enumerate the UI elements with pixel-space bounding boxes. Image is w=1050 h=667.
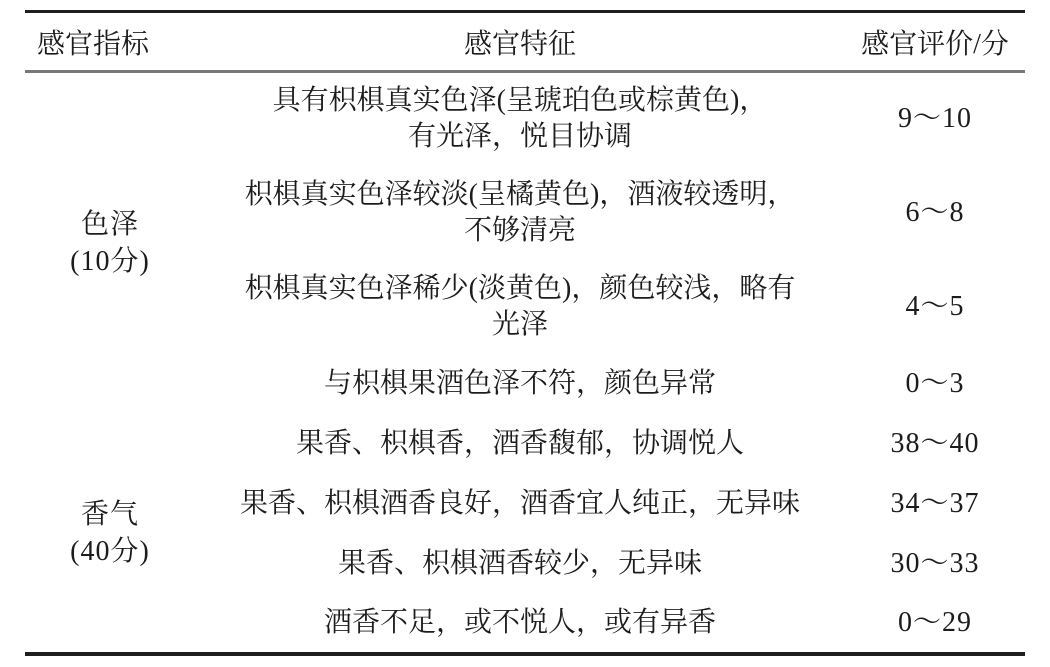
feature-cell: 果香、枳椇酒香良好，酒香宜人纯正，无异味 <box>195 474 845 534</box>
score-cell: 4～5 <box>845 260 1025 354</box>
score-cell: 9～10 <box>845 72 1025 166</box>
feature-cell: 具有枳椇真实色泽(呈琥珀色或棕黄色)， 有光泽，悦目协调 <box>195 72 845 166</box>
sensory-evaluation-table: 感官指标 感官特征 感官评价/分 色泽 (10分)具有枳椇真实色泽(呈琥珀色或棕… <box>25 10 1025 656</box>
feature-cell: 果香、枳椇香，酒香馥郁，协调悦人 <box>195 414 845 474</box>
score-cell: 6～8 <box>845 166 1025 260</box>
score-cell: 38～40 <box>845 414 1025 474</box>
feature-cell: 果香、枳椇酒香较少，无异味 <box>195 534 845 594</box>
indicator-cell: 色泽 (10分) <box>25 72 195 414</box>
table-row: 色泽 (10分)具有枳椇真实色泽(呈琥珀色或棕黄色)， 有光泽，悦目协调9～10 <box>25 72 1025 166</box>
page: 感官指标 感官特征 感官评价/分 色泽 (10分)具有枳椇真实色泽(呈琥珀色或棕… <box>0 0 1050 667</box>
feature-cell: 酒香不足，或不悦人，或有异香 <box>195 594 845 654</box>
feature-cell: 与枳椇果酒色泽不符，颜色异常 <box>195 354 845 414</box>
score-cell: 34～37 <box>845 474 1025 534</box>
indicator-cell: 香气 (40分) <box>25 414 195 654</box>
score-cell: 30～33 <box>845 534 1025 594</box>
table-body: 色泽 (10分)具有枳椇真实色泽(呈琥珀色或棕黄色)， 有光泽，悦目协调9～10… <box>25 72 1025 654</box>
header-score: 感官评价/分 <box>845 12 1025 72</box>
score-cell: 0～29 <box>845 594 1025 654</box>
score-cell: 0～3 <box>845 354 1025 414</box>
table-header: 感官指标 感官特征 感官评价/分 <box>25 12 1025 72</box>
header-row: 感官指标 感官特征 感官评价/分 <box>25 12 1025 72</box>
header-feature: 感官特征 <box>195 12 845 72</box>
header-indicator: 感官指标 <box>25 12 195 72</box>
feature-cell: 枳椇真实色泽稀少(淡黄色)，颜色较浅，略有 光泽 <box>195 260 845 354</box>
feature-cell: 枳椇真实色泽较淡(呈橘黄色)，酒液较透明， 不够清亮 <box>195 166 845 260</box>
table-row: 香气 (40分)果香、枳椇香，酒香馥郁，协调悦人38～40 <box>25 414 1025 474</box>
